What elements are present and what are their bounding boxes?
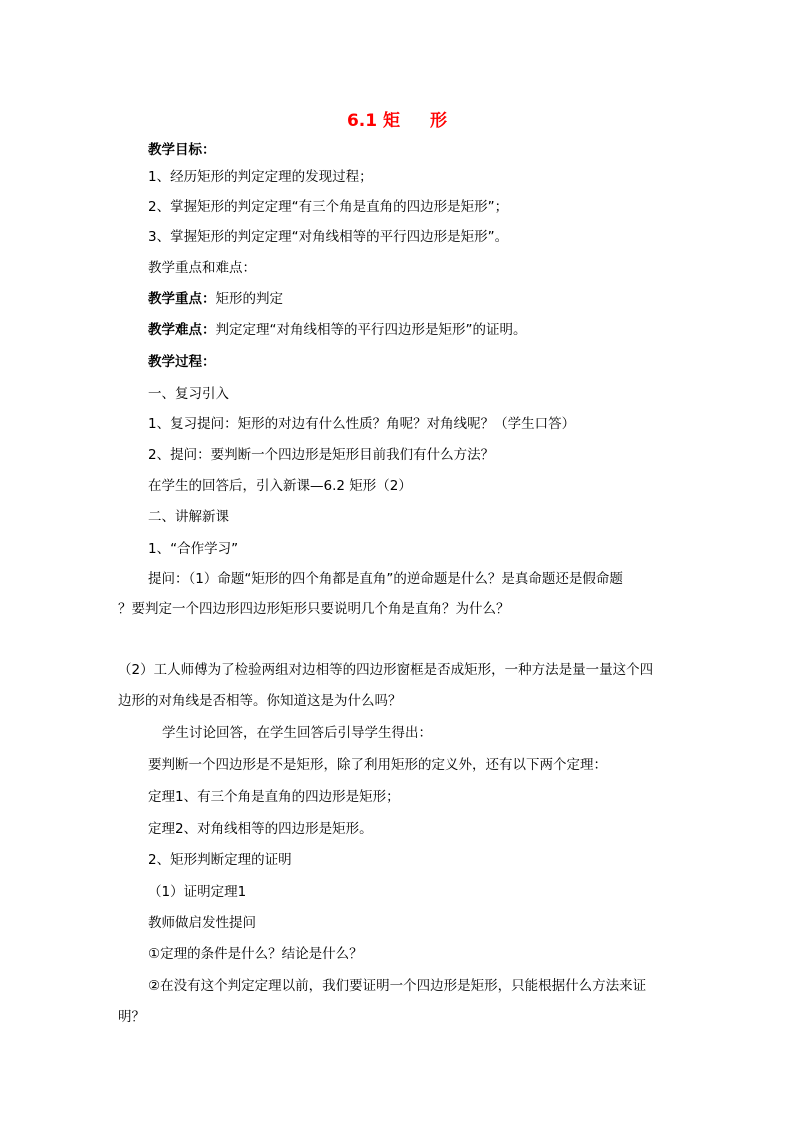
- ask-2-cont: 明？: [118, 1008, 145, 1026]
- objectives-heading: 教学目标：: [148, 141, 216, 159]
- process-heading: 教学过程：: [148, 353, 216, 371]
- page-title: 6.1 矩形: [0, 106, 794, 131]
- theorem-1: 定理1、有三个角是直角的四边形是矩形；: [148, 788, 400, 806]
- focus-text: 矩形的判定: [216, 291, 284, 307]
- objective-item: 1、经历矩形的判定定理的发现过程；: [148, 168, 373, 186]
- focus-line: 教学重点：矩形的判定: [148, 290, 283, 308]
- review-item: 1、复习提问：矩形的对边有什么性质？角呢？对角线呢？（学生口答）: [148, 415, 575, 433]
- theorem-2: 定理2、对角线相等的四边形是矩形。: [148, 820, 373, 838]
- review-item: 2、提问：要判断一个四边形是矩形目前我们有什么方法？: [148, 446, 494, 464]
- judgement-text: 要判断一个四边形是不是矩形，除了利用矩形的定义外，还有以下两个定理：: [148, 756, 607, 774]
- title-char-2: 形: [430, 111, 447, 131]
- section-heading: 一、复习引入: [148, 385, 229, 403]
- question-2-cont: 边形的对角线是否相等。你知道这是为什么吗？: [118, 692, 402, 710]
- document-page: 6.1 矩形 教学目标： 1、经历矩形的判定定理的发现过程； 2、掌握矩形的判定…: [0, 0, 794, 1123]
- question-1: 提问：（1）命题“矩形的四个角都是直角”的逆命题是什么？是真命题还是假命题: [148, 570, 623, 588]
- title-char-1: 矩: [383, 111, 400, 131]
- coop-heading: 1、“合作学习”: [148, 540, 238, 558]
- section-heading: 二、讲解新课: [148, 508, 229, 526]
- ask-2: ②在没有这个判定定理以前，我们要证明一个四边形是矩形，只能根据什么方法来证: [148, 977, 646, 995]
- review-item: 在学生的回答后，引入新课—6.2 矩形（2）: [148, 477, 412, 495]
- difficulty-label: 教学难点：: [148, 322, 216, 338]
- question-2: （2）工人师傅为了检验两组对边相等的四边形窗框是否成矩形，一种方法是量一量这个四: [118, 661, 653, 679]
- difficulty-line: 教学难点：判定定理“对角线相等的平行四边形是矩形”的证明。: [148, 321, 527, 339]
- teacher-prompt: 教师做启发性提问: [148, 914, 256, 932]
- proof-1: （1）证明定理1: [148, 883, 246, 901]
- objective-item: 3、掌握矩形的判定定理“对角线相等的平行四边形是矩形”。: [148, 228, 508, 246]
- ask-1: ①定理的条件是什么？结论是什么？: [148, 945, 363, 963]
- question-1-cont: ？要判定一个四边形四边形矩形只要说明几个角是直角？为什么？: [118, 600, 510, 618]
- key-points-heading: 教学重点和难点：: [148, 259, 256, 277]
- objective-item: 2、掌握矩形的判定定理“有三个角是直角的四边形是矩形”；: [148, 198, 508, 216]
- discussion-text: 学生讨论回答，在学生回答后引导学生得出：: [162, 724, 432, 742]
- title-number: 6.1: [347, 111, 377, 131]
- focus-label: 教学重点：: [148, 291, 216, 307]
- difficulty-text: 判定定理“对角线相等的平行四边形是矩形”的证明。: [216, 322, 527, 338]
- proof-heading: 2、矩形判断定理的证明: [148, 851, 292, 869]
